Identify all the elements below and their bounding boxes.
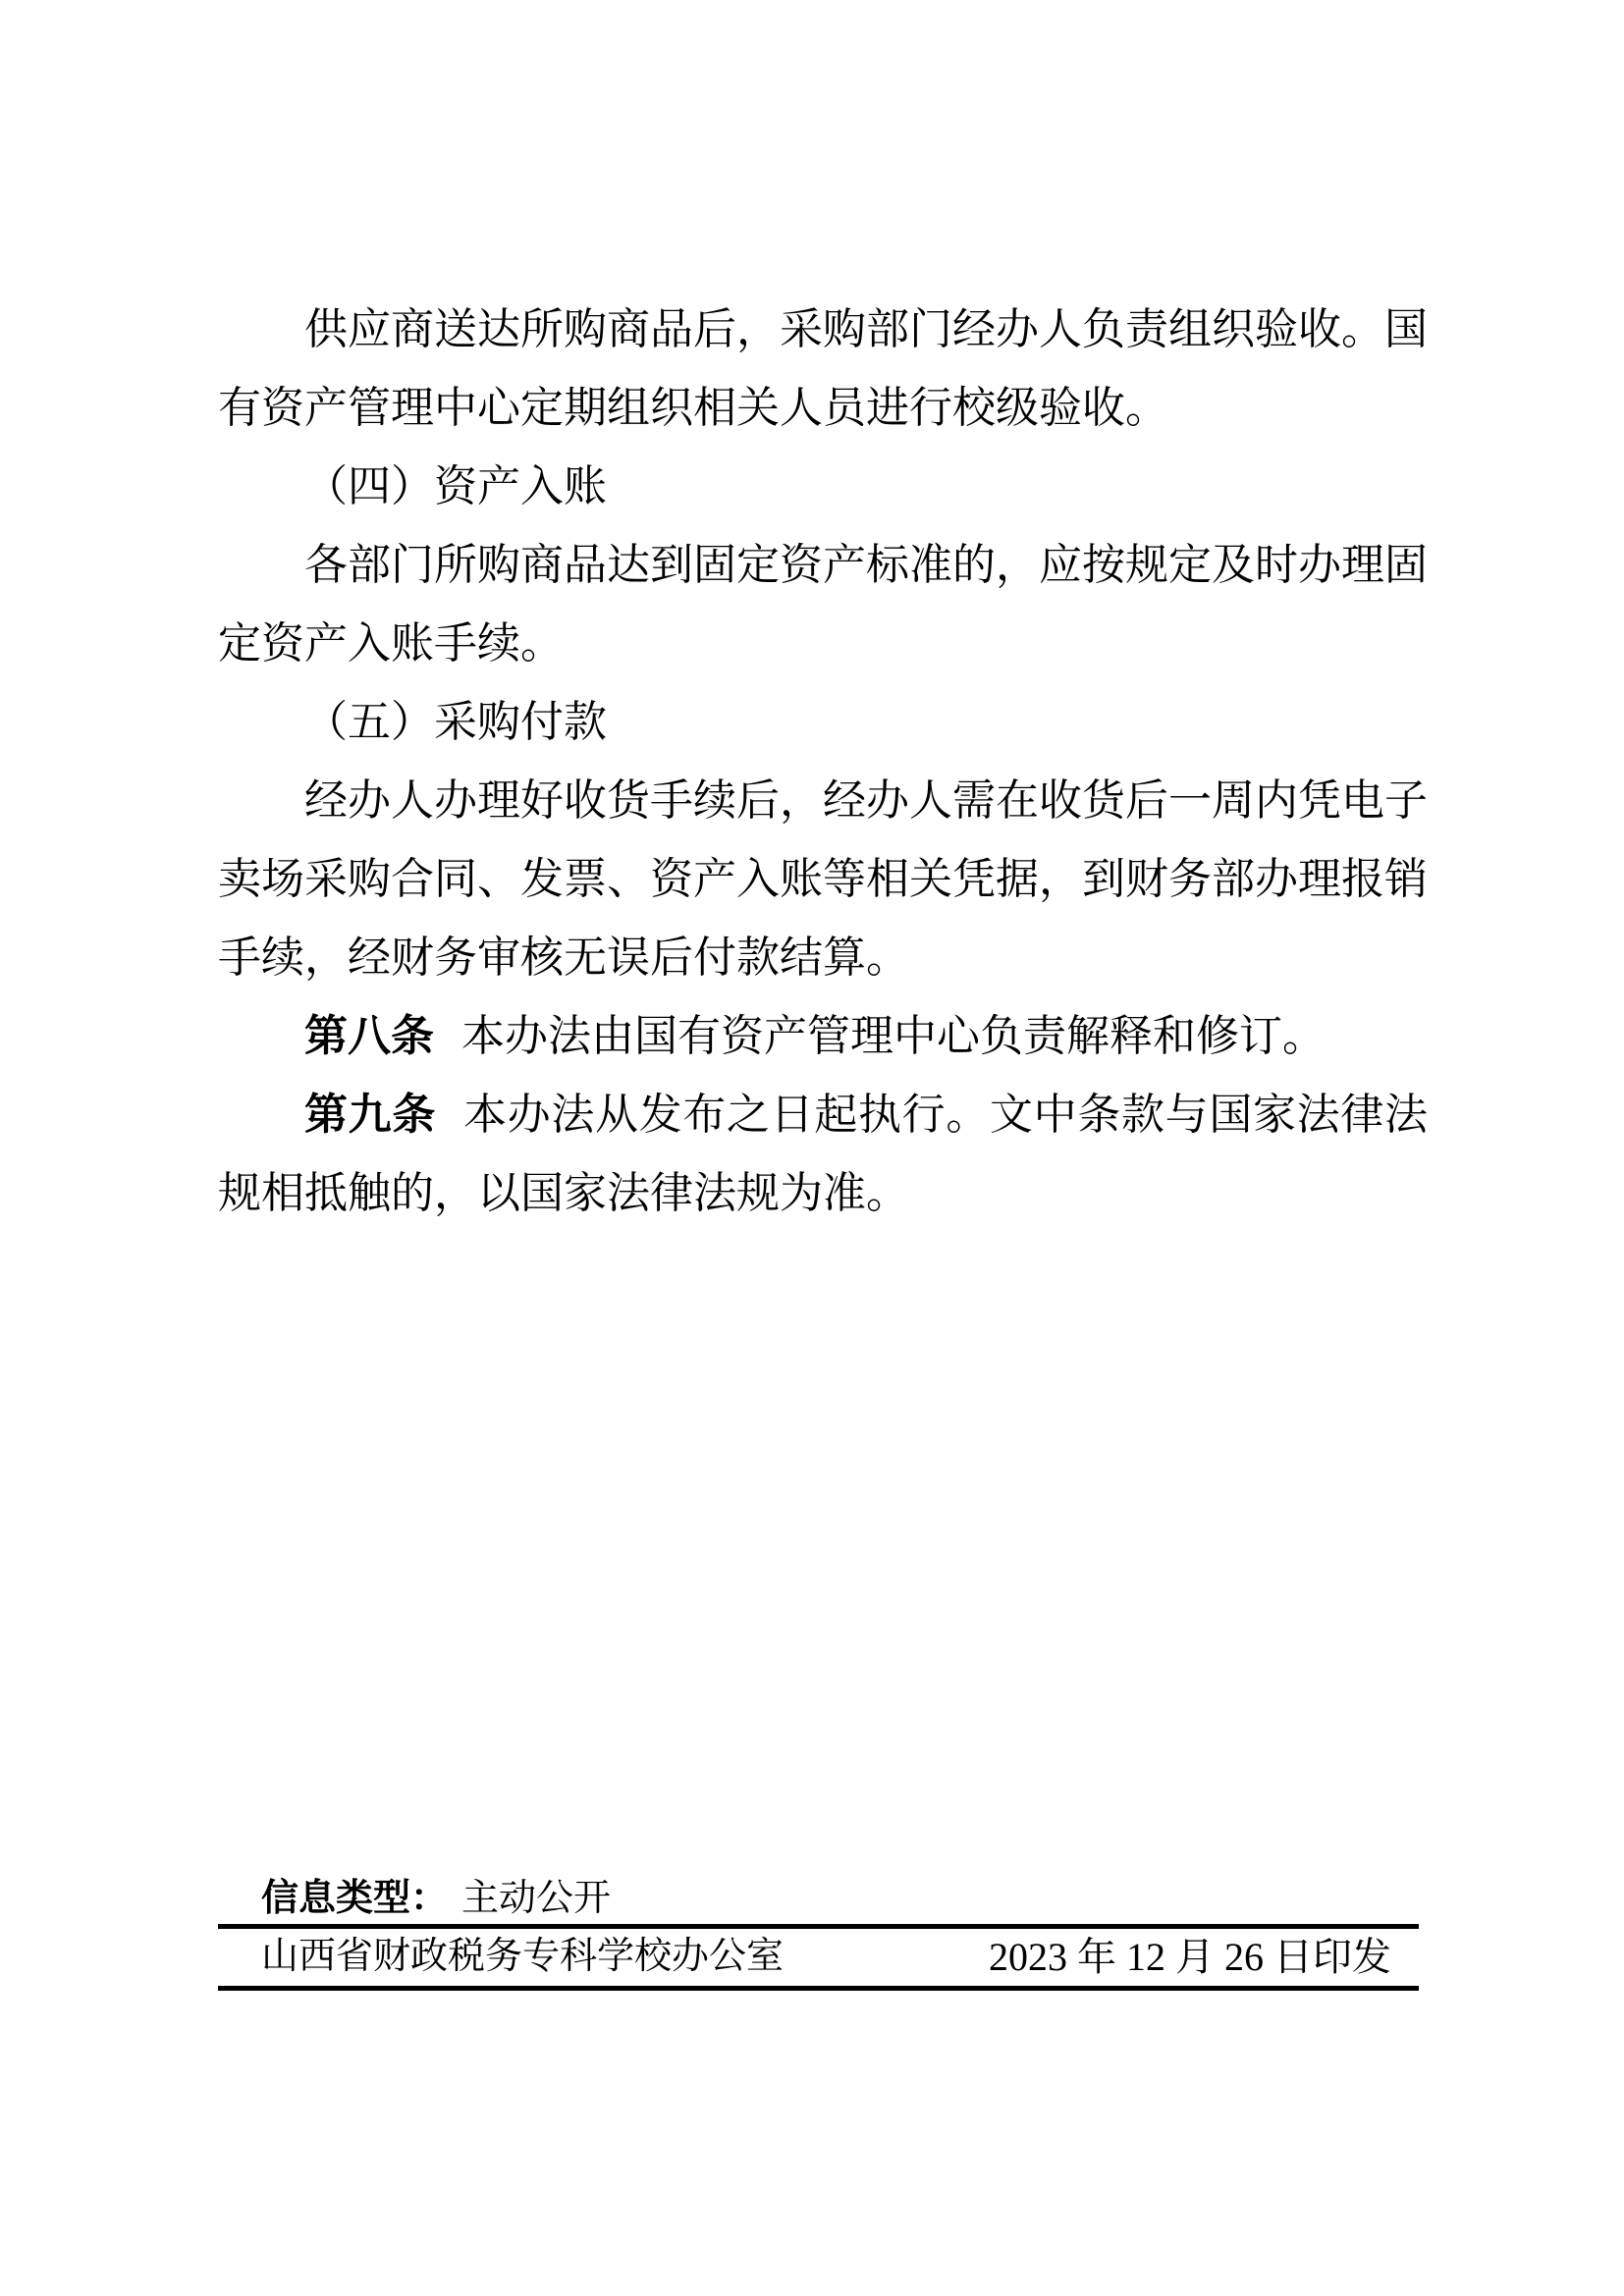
article-eight-label: 第八条 xyxy=(304,1012,434,1060)
heading-section-four: （四）资产入账 xyxy=(218,448,1428,526)
heading-section-five: （五）采购付款 xyxy=(218,683,1428,762)
document-body: 供应商送达所购商品后，采购部门经办人负责组织验收。国有资产管理中心定期组织相关人… xyxy=(218,291,1428,1233)
paragraph-article-nine: 第九条本办法从发布之日起执行。文中条款与国家法律法规相抵触的，以国家法律法规为准… xyxy=(218,1076,1428,1233)
issuer-row: 山西省财政税务专科学校办公室 2023 年 12 月 26 日印发 xyxy=(218,1929,1419,1991)
paragraph-article-eight: 第八条本办法由国有资产管理中心负责解释和修订。 xyxy=(218,997,1428,1076)
paragraph-text: 本办法由国有资产管理中心负责解释和修订。 xyxy=(461,1012,1326,1060)
info-type-label: 信息类型： xyxy=(261,1878,448,1921)
issuing-office: 山西省财政税务专科学校办公室 xyxy=(261,1936,784,1979)
paragraph-text: 各部门所购商品达到固定资产标准的，应按规定及时办理固定资产入账手续。 xyxy=(218,541,1428,667)
paragraph-text: 经办人办理好收货手续后，经办人需在收货后一周内凭电子卖场采购合同、发票、资产入账… xyxy=(218,776,1428,982)
heading-text: （五）采购付款 xyxy=(304,698,607,746)
paragraph-text: 供应商送达所购商品后，采购部门经办人负责组织验收。国有资产管理中心定期组织相关人… xyxy=(218,305,1428,432)
document-footer: 信息类型： 主动公开 山西省财政税务专科学校办公室 2023 年 12 月 26… xyxy=(218,1873,1419,1991)
paragraph-asset-entry: 各部门所购商品达到固定资产标准的，应按规定及时办理固定资产入账手续。 xyxy=(218,526,1428,683)
info-type-value: 主动公开 xyxy=(461,1878,611,1921)
paragraph-acceptance: 供应商送达所购商品后，采购部门经办人负责组织验收。国有资产管理中心定期组织相关人… xyxy=(218,291,1428,448)
heading-text: （四）资产入账 xyxy=(304,462,607,510)
info-type-row: 信息类型： 主动公开 xyxy=(218,1873,1419,1929)
issue-date: 2023 年 12 月 26 日印发 xyxy=(989,1935,1391,1980)
document-page: 供应商送达所购商品后，采购部门经办人负责组织验收。国有资产管理中心定期组织相关人… xyxy=(0,0,1624,2296)
paragraph-payment: 经办人办理好收货手续后，经办人需在收货后一周内凭电子卖场采购合同、发票、资产入账… xyxy=(218,762,1428,997)
article-nine-label: 第九条 xyxy=(304,1091,436,1139)
